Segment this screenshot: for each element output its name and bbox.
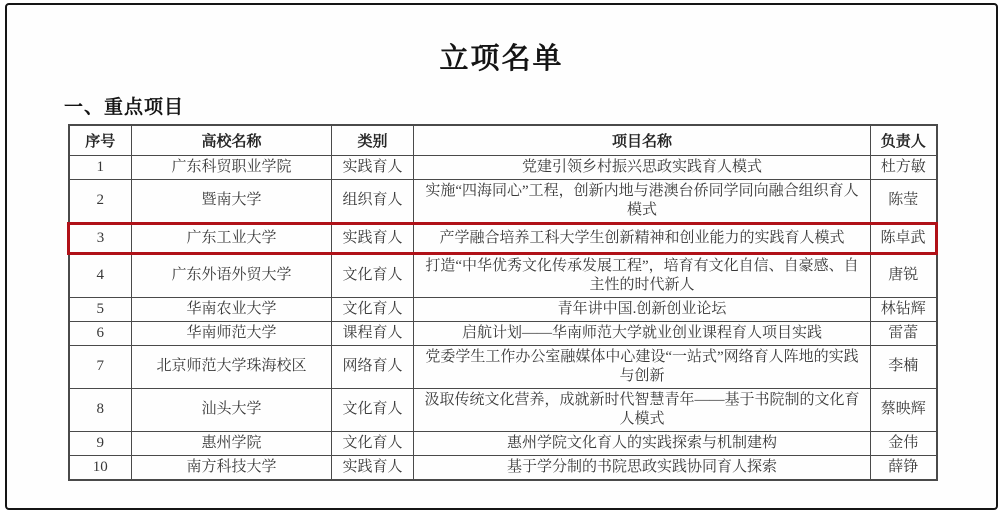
table-row: 7 北京师范大学珠海校区 网络育人 党委学生工作办公室融媒体中心建设“一站式”网…: [69, 345, 937, 388]
cell-leader: 李楠: [871, 345, 937, 388]
cell-project: 党委学生工作办公室融媒体中心建设“一站式”网络育人阵地的实践与创新: [414, 345, 871, 388]
cell-category: 文化育人: [332, 388, 414, 431]
cell-category: 实践育人: [332, 223, 414, 253]
header-cell-university: 高校名称: [132, 125, 332, 155]
table-row: 2 暨南大学 组织育人 实施“四海同心”工程，创新内地与港澳台侨同学同向融合组织…: [69, 179, 937, 223]
page-title: 立项名单: [7, 36, 996, 77]
cell-leader: 薛铮: [871, 455, 937, 480]
cell-leader: 杜方敏: [871, 155, 937, 179]
cell-university: 华南师范大学: [132, 321, 332, 345]
table-header-row: 序号 高校名称 类别 项目名称 负责人: [69, 125, 937, 155]
cell-university: 广东科贸职业学院: [132, 155, 332, 179]
cell-category: 文化育人: [332, 297, 414, 321]
cell-university: 广东外语外贸大学: [132, 253, 332, 297]
cell-project: 汲取传统文化营养，成就新时代智慧青年——基于书院制的文化育人模式: [414, 388, 871, 431]
cell-no: 1: [69, 155, 132, 179]
cell-leader: 金伟: [871, 431, 937, 455]
cell-project: 青年讲中国.创新创业论坛: [414, 297, 871, 321]
cell-no: 5: [69, 297, 132, 321]
cell-university: 广东工业大学: [132, 223, 332, 253]
cell-no: 3: [69, 223, 132, 253]
table-body: 1 广东科贸职业学院 实践育人 党建引领乡村振兴思政实践育人模式 杜方敏 2 暨…: [69, 155, 937, 480]
header-cell-project: 项目名称: [414, 125, 871, 155]
cell-university: 汕头大学: [132, 388, 332, 431]
table-row: 6 华南师范大学 课程育人 启航计划——华南师范大学就业创业课程育人项目实践 雷…: [69, 321, 937, 345]
cell-project: 产学融合培养工科大学生创新精神和创业能力的实践育人模式: [414, 223, 871, 253]
cell-university: 南方科技大学: [132, 455, 332, 480]
page-frame: 立项名单 一、重点项目 序号 高校名称 类别 项目名称 负责人 1 广东科贸职业…: [5, 3, 998, 510]
cell-university: 华南农业大学: [132, 297, 332, 321]
projects-table: 序号 高校名称 类别 项目名称 负责人 1 广东科贸职业学院 实践育人 党建引领…: [67, 124, 938, 481]
cell-university: 北京师范大学珠海校区: [132, 345, 332, 388]
cell-category: 组织育人: [332, 179, 414, 223]
cell-leader: 唐锐: [871, 253, 937, 297]
cell-leader: 蔡映辉: [871, 388, 937, 431]
cell-leader: 林钻辉: [871, 297, 937, 321]
cell-no: 6: [69, 321, 132, 345]
cell-university: 暨南大学: [132, 179, 332, 223]
header-cell-category: 类别: [332, 125, 414, 155]
cell-no: 2: [69, 179, 132, 223]
cell-leader: 陈卓武: [871, 223, 937, 253]
table-row: 9 惠州学院 文化育人 惠州学院文化育人的实践探索与机制建构 金伟: [69, 431, 937, 455]
cell-no: 10: [69, 455, 132, 480]
table-row: 10 南方科技大学 实践育人 基于学分制的书院思政实践协同育人探索 薛铮: [69, 455, 937, 480]
cell-project: 打造“中华优秀文化传承发展工程”，培育有文化自信、自豪感、自主性的时代新人: [414, 253, 871, 297]
header-cell-leader: 负责人: [871, 125, 937, 155]
cell-leader: 陈莹: [871, 179, 937, 223]
table-row: 8 汕头大学 文化育人 汲取传统文化营养，成就新时代智慧青年——基于书院制的文化…: [69, 388, 937, 431]
cell-category: 实践育人: [332, 455, 414, 480]
table-row: 1 广东科贸职业学院 实践育人 党建引领乡村振兴思政实践育人模式 杜方敏: [69, 155, 937, 179]
cell-university: 惠州学院: [132, 431, 332, 455]
cell-project: 党建引领乡村振兴思政实践育人模式: [414, 155, 871, 179]
header-cell-no: 序号: [69, 125, 132, 155]
table-row: 5 华南农业大学 文化育人 青年讲中国.创新创业论坛 林钻辉: [69, 297, 937, 321]
table-row: 4 广东外语外贸大学 文化育人 打造“中华优秀文化传承发展工程”，培育有文化自信…: [69, 253, 937, 297]
section-heading: 一、重点项目: [64, 92, 996, 119]
cell-project: 惠州学院文化育人的实践探索与机制建构: [414, 431, 871, 455]
cell-no: 9: [69, 431, 132, 455]
cell-no: 4: [69, 253, 132, 297]
cell-category: 实践育人: [332, 155, 414, 179]
cell-category: 文化育人: [332, 431, 414, 455]
cell-category: 课程育人: [332, 321, 414, 345]
cell-category: 文化育人: [332, 253, 414, 297]
cell-no: 8: [69, 388, 132, 431]
cell-project: 启航计划——华南师范大学就业创业课程育人项目实践: [414, 321, 871, 345]
cell-leader: 雷蕾: [871, 321, 937, 345]
cell-no: 7: [69, 345, 132, 388]
cell-project: 基于学分制的书院思政实践协同育人探索: [414, 455, 871, 480]
highlighted-row: 3 广东工业大学 实践育人 产学融合培养工科大学生创新精神和创业能力的实践育人模…: [69, 223, 937, 253]
cell-project: 实施“四海同心”工程，创新内地与港澳台侨同学同向融合组织育人模式: [414, 179, 871, 223]
cell-category: 网络育人: [332, 345, 414, 388]
